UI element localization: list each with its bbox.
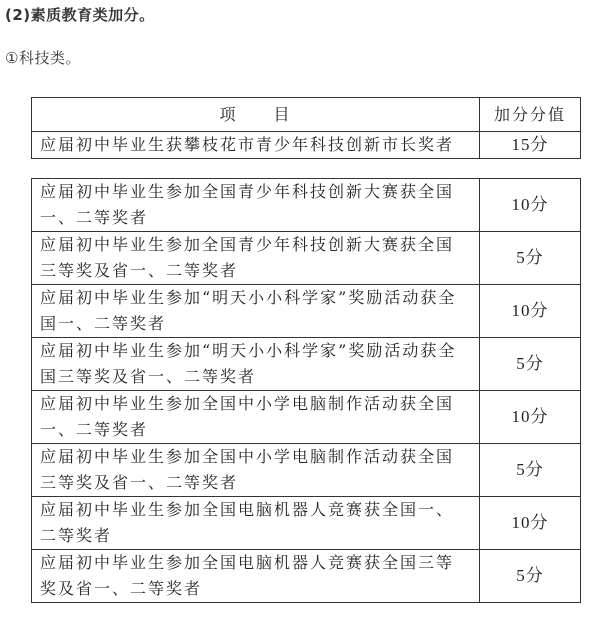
item-cell: 应届初中毕业生参加“明天小小科学家”奖励活动获全国一、二等奖者 xyxy=(32,285,480,338)
item-cell: 应届初中毕业生参加“明天小小科学家”奖励活动获全国三等奖及省一、二等奖者 xyxy=(32,338,480,391)
table-row: 应届初中毕业生参加全国青少年科技创新大赛获全国一、二等奖者 10分 xyxy=(32,179,581,232)
points-cell: 10分 xyxy=(480,285,581,338)
item-cell: 应届初中毕业生参加全国中小学电脑制作活动获全国一、二等奖者 xyxy=(32,391,480,444)
item-cell: 应届初中毕业生获攀枝花市青少年科技创新市长奖者 xyxy=(32,132,480,159)
bonus-table-competitions: 应届初中毕业生参加全国青少年科技创新大赛获全国一、二等奖者 10分 应届初中毕业… xyxy=(31,178,581,603)
item-cell: 应届初中毕业生参加全国青少年科技创新大赛获全国三等奖及省一、二等奖者 xyxy=(32,232,480,285)
bonus-table-mayor-award: 项 目 加分分值 应届初中毕业生获攀枝花市青少年科技创新市长奖者 15分 xyxy=(31,97,581,159)
points-cell: 5分 xyxy=(480,444,581,497)
points-cell: 10分 xyxy=(480,497,581,550)
points-cell: 5分 xyxy=(480,338,581,391)
header-points: 加分分值 xyxy=(480,98,581,132)
points-cell: 10分 xyxy=(480,391,581,444)
table-row: 应届初中毕业生参加全国青少年科技创新大赛获全国三等奖及省一、二等奖者 5分 xyxy=(32,232,581,285)
table-row: 应届初中毕业生参加全国中小学电脑制作活动获全国三等奖及省一、二等奖者 5分 xyxy=(32,444,581,497)
points-cell: 10分 xyxy=(480,179,581,232)
item-cell: 应届初中毕业生参加全国青少年科技创新大赛获全国一、二等奖者 xyxy=(32,179,480,232)
item-cell: 应届初中毕业生参加全国中小学电脑制作活动获全国三等奖及省一、二等奖者 xyxy=(32,444,480,497)
table-row: 应届初中毕业生参加“明天小小科学家”奖励活动获全国三等奖及省一、二等奖者 5分 xyxy=(32,338,581,391)
table-row: 应届初中毕业生参加全国电脑机器人竞赛获全国一、二等奖者 10分 xyxy=(32,497,581,550)
points-cell: 5分 xyxy=(480,550,581,603)
table-header-row: 项 目 加分分值 xyxy=(32,98,581,132)
points-cell: 5分 xyxy=(480,232,581,285)
points-cell: 15分 xyxy=(480,132,581,159)
header-item: 项 目 xyxy=(32,98,480,132)
section-heading: (2)素质教育类加分。 xyxy=(5,4,155,25)
table-row: 应届初中毕业生参加全国电脑机器人竞赛获全国三等奖及省一、二等奖者 5分 xyxy=(32,550,581,603)
table-row: 应届初中毕业生获攀枝花市青少年科技创新市长奖者 15分 xyxy=(32,132,581,159)
table-row: 应届初中毕业生参加全国中小学电脑制作活动获全国一、二等奖者 10分 xyxy=(32,391,581,444)
subsection-heading: ①科技类。 xyxy=(5,47,81,68)
item-cell: 应届初中毕业生参加全国电脑机器人竞赛获全国三等奖及省一、二等奖者 xyxy=(32,550,480,603)
item-cell: 应届初中毕业生参加全国电脑机器人竞赛获全国一、二等奖者 xyxy=(32,497,480,550)
table-row: 应届初中毕业生参加“明天小小科学家”奖励活动获全国一、二等奖者 10分 xyxy=(32,285,581,338)
